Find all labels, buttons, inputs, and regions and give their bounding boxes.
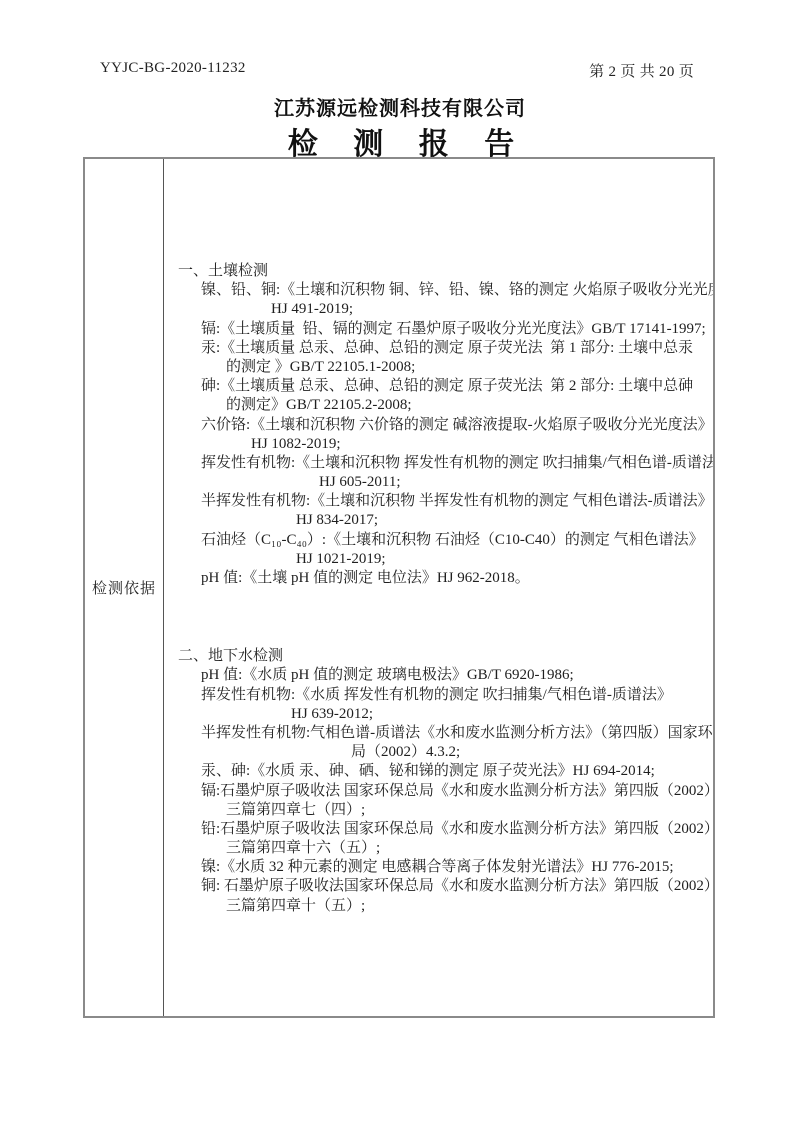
standard-line: HJ 834-2017; xyxy=(296,511,709,530)
document-header: YYJC-BG-2020-11232 第 2 页 共 20 页 xyxy=(100,60,694,81)
basis-sections: 一、土壤检测镍、铅、铜:《土壤和沉积物 铜、锌、铅、镍、铬的测定 火焰原子吸收分… xyxy=(164,159,713,1016)
standard-line: HJ 491-2019; xyxy=(271,300,709,319)
section-heading: 二、地下水检测 xyxy=(178,647,709,666)
basis-table: 检测依据 一、土壤检测镍、铅、铜:《土壤和沉积物 铜、锌、铅、镍、铬的测定 火焰… xyxy=(83,157,715,1018)
standard-line: 汞、砷:《水质 汞、砷、硒、铋和锑的测定 原子荧光法》HJ 694-2014; xyxy=(201,762,709,781)
standard-line: HJ 605-2011; xyxy=(319,473,709,492)
standard-line: 半挥发性有机物:《土壤和沉积物 半挥发性有机物的测定 气相色谱法-质谱法》 xyxy=(201,492,709,511)
standard-line: 镍、铅、铜:《土壤和沉积物 铜、锌、铅、镍、铬的测定 火焰原子吸收分光光度法》 xyxy=(201,281,709,300)
report-number: YYJC-BG-2020-11232 xyxy=(100,60,246,81)
standard-line: 六价铬:《土壤和沉积物 六价铬的测定 碱溶液提取-火焰原子吸收分光光度法》 xyxy=(201,416,709,435)
standard-line: HJ 1082-2019; xyxy=(251,435,709,454)
standard-line: 铜: 石墨炉原子吸收法国家环保总局《水和废水监测分析方法》第四版（2002）第 xyxy=(201,877,709,896)
standard-line: 的测定 》GB/T 22105.1-2008; xyxy=(226,358,709,377)
standard-line: pH 值:《土壤 pH 值的测定 电位法》HJ 962-2018。 xyxy=(201,569,709,588)
standard-line: 石油烃（C₁₀-C₄₀）:《土壤和沉积物 石油烃（C10-C40）的测定 气相色… xyxy=(201,531,709,550)
standard-line: 汞:《土壤质量 总汞、总砷、总铅的测定 原子荧光法 第 1 部分: 土壤中总汞 xyxy=(201,339,709,358)
page-indicator: 第 2 页 共 20 页 xyxy=(589,60,694,81)
report-page: YYJC-BG-2020-11232 第 2 页 共 20 页 江苏源远检测科技… xyxy=(0,0,800,1131)
standard-line: 铅:石墨炉原子吸收法 国家环保总局《水和废水监测分析方法》第四版（2002）第 xyxy=(201,820,709,839)
row-label-basis: 检测依据 xyxy=(85,159,164,1016)
standard-line: 局（2002）4.3.2; xyxy=(351,743,709,762)
standard-line: 镉:石墨炉原子吸收法 国家环保总局《水和废水监测分析方法》第四版（2002）第 xyxy=(201,782,709,801)
standard-line: 的测定》GB/T 22105.2-2008; xyxy=(226,396,709,415)
standard-line: HJ 1021-2019; xyxy=(296,550,709,569)
standard-line: 镍:《水质 32 种元素的测定 电感耦合等离子体发射光谱法》HJ 776-201… xyxy=(201,858,709,877)
section-heading: 一、土壤检测 xyxy=(178,262,709,281)
standard-line: 三篇第四章十（五）; xyxy=(226,897,709,916)
standard-line: 砷:《土壤质量 总汞、总砷、总铅的测定 原子荧光法 第 2 部分: 土壤中总砷 xyxy=(201,377,709,396)
standard-line: 镉:《土壤质量 铅、镉的测定 石墨炉原子吸收分光光度法》GB/T 17141-1… xyxy=(201,320,709,339)
standard-line: 挥发性有机物:《土壤和沉积物 挥发性有机物的测定 吹扫捕集/气相色谱-质谱法》 xyxy=(201,454,709,473)
standard-line: pH 值:《水质 pH 值的测定 玻璃电极法》GB/T 6920-1986; xyxy=(201,666,709,685)
standard-line: 挥发性有机物:《水质 挥发性有机物的测定 吹扫捕集/气相色谱-质谱法》 xyxy=(201,686,709,705)
basis-section: 一、土壤检测镍、铅、铜:《土壤和沉积物 铜、锌、铅、镍、铬的测定 火焰原子吸收分… xyxy=(171,262,709,588)
standard-line: 半挥发性有机物:气相色谱-质谱法《水和废水监测分析方法》（第四版）国家环保总 xyxy=(201,724,709,743)
basis-section: 二、地下水检测pH 值:《水质 pH 值的测定 玻璃电极法》GB/T 6920-… xyxy=(171,647,709,916)
standard-line: 三篇第四章七（四）; xyxy=(226,801,709,820)
standard-line: 三篇第四章十六（五）; xyxy=(226,839,709,858)
company-name: 江苏源远检测科技有限公司 xyxy=(0,92,800,121)
standard-line: HJ 639-2012; xyxy=(291,705,709,724)
